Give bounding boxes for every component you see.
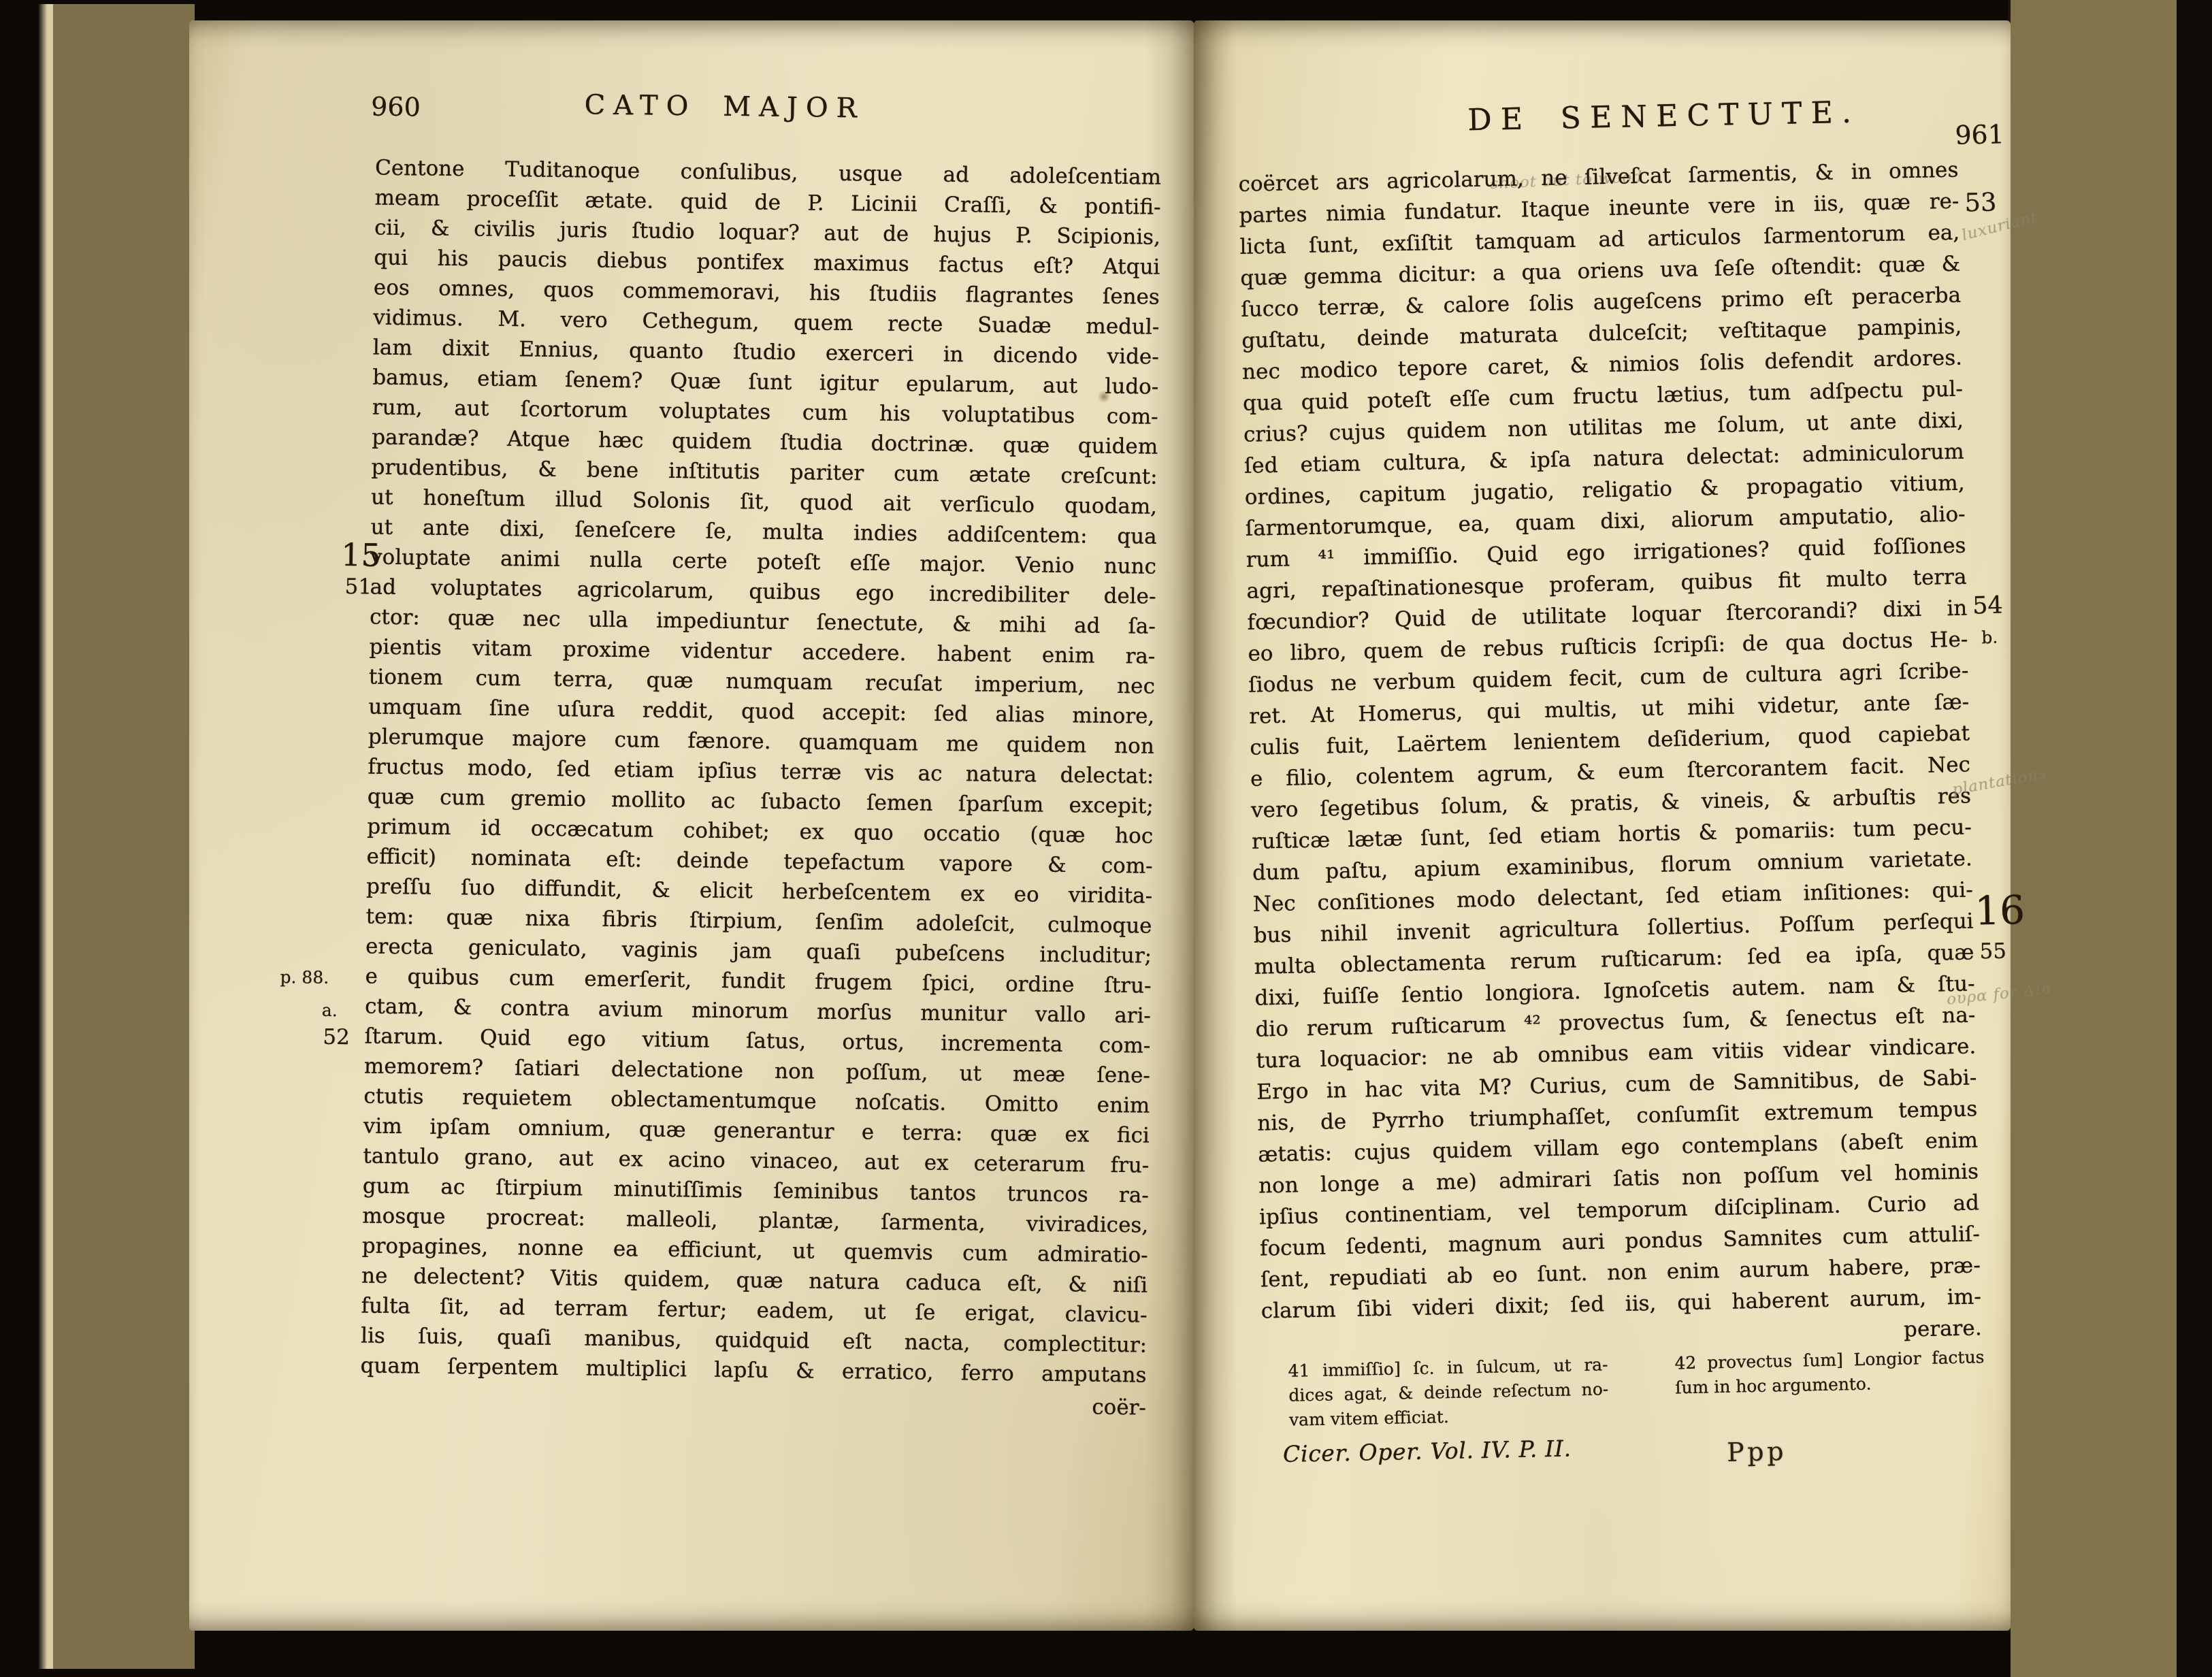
footnote-column-2: 42 provectus ſum] Longior factus ſum in …: [1674, 1345, 1985, 1400]
margin-section-number-54: 54: [1972, 592, 2003, 620]
catchword-left: coër-: [360, 1383, 1146, 1422]
margin-section-number-51: 51: [344, 574, 372, 599]
gathering-mark: Ppp: [1727, 1436, 1787, 1467]
running-title-right: DE SENECTUTE.: [1303, 92, 2024, 141]
page-left: 960 CATO MAJOR Centone Tuditanoque conſu…: [189, 20, 1194, 1631]
margin-section-number-16: 16: [1974, 887, 2026, 934]
volume-signature: Cicer. Oper. Vol. IV. P. II.: [1283, 1435, 1572, 1467]
margin-section-number-15: 15: [341, 536, 381, 574]
book-spread-scan: 960 CATO MAJOR Centone Tuditanoque conſu…: [0, 0, 2212, 1677]
page-right: DE SENECTUTE. 961 shoot out to wood coër…: [1194, 20, 2011, 1631]
left-text-column: Centone Tuditanoque conſulibus, usque ad…: [360, 153, 1161, 1390]
margin-section-number-53: 53: [1964, 188, 1997, 218]
margin-section-number-55: 55: [1979, 939, 2006, 964]
margin-page-reference: p. 88.: [280, 967, 329, 988]
margin-note-b: b.: [1981, 628, 1998, 647]
margin-section-number-52: 52: [323, 1025, 350, 1049]
margin-note-a: a.: [322, 1000, 338, 1020]
ink-stain: [1097, 391, 1111, 403]
footnote-column-1: 41 immiſſio] ſc. in ſulcum, ut ra- dices…: [1288, 1352, 1609, 1432]
running-title-left: CATO MAJOR: [331, 86, 1118, 127]
right-text-column: coërcet ars agricolarum, ne ſilveſcat ſa…: [1238, 154, 1981, 1327]
page-number-right: 961: [1955, 119, 2004, 150]
footnote-line: ſum in hoc argumento.: [1675, 1369, 1985, 1400]
